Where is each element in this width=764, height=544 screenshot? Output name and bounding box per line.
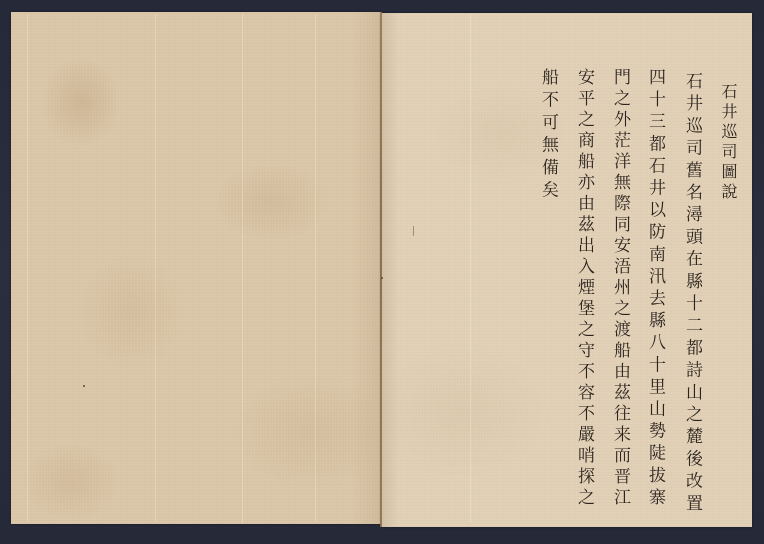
paper-speck (413, 226, 414, 236)
paper-speck (381, 277, 383, 279)
paper-texture-line (242, 14, 243, 522)
paper-texture-line (155, 14, 156, 522)
center-fold (380, 12, 382, 527)
document-title: 石井巡司圖說 (718, 83, 738, 203)
text-column-4: 安平之商船亦由茲出入煙堡之守不容不嚴哨探之 (574, 68, 594, 509)
paper-speck (83, 385, 85, 387)
text-column-3: 門之外茫洋無際同安浯州之渡船由茲往来而晋江 (610, 68, 630, 509)
left-page-blank (11, 12, 381, 524)
text-column-2: 四十三都石井以防南汛去縣八十里山勢陡拔寨 (645, 68, 665, 510)
paper-texture-line (27, 14, 28, 522)
paper-texture-line (470, 14, 471, 522)
paper-texture-line (315, 14, 316, 522)
text-column-5: 船不可無備矣 (538, 68, 558, 203)
text-column-1: 石井巡司舊名潯頭在縣十二都詩山之麓後改置 (682, 72, 702, 516)
